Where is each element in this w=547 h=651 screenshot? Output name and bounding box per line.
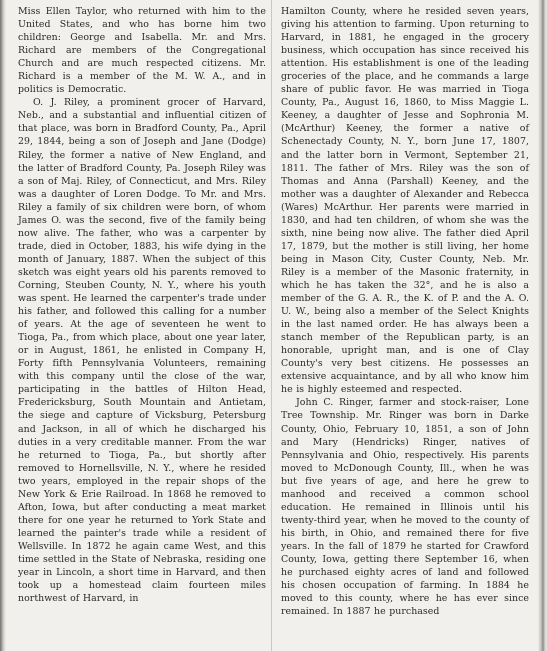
paragraph-richard-continuation: Miss Ellen Taylor, who returned with him… bbox=[18, 5, 266, 96]
paragraph-ringer-biography: John C. Ringer, farmer and stock-raiser,… bbox=[281, 396, 529, 618]
right-text-column: Hamilton County, where he resided seven … bbox=[281, 5, 529, 618]
paragraph-riley-continuation: Hamilton County, where he resided seven … bbox=[281, 5, 529, 396]
scanned-book-page: Miss Ellen Taylor, who returned with him… bbox=[0, 0, 547, 651]
paragraph-riley-biography: O. J. Riley, a prominent grocer of Harva… bbox=[18, 96, 266, 605]
page-left-edge-shadow bbox=[0, 0, 6, 651]
page-right-edge-shadow bbox=[538, 0, 547, 651]
left-text-column: Miss Ellen Taylor, who returned with him… bbox=[18, 5, 266, 605]
column-divider bbox=[271, 0, 272, 651]
